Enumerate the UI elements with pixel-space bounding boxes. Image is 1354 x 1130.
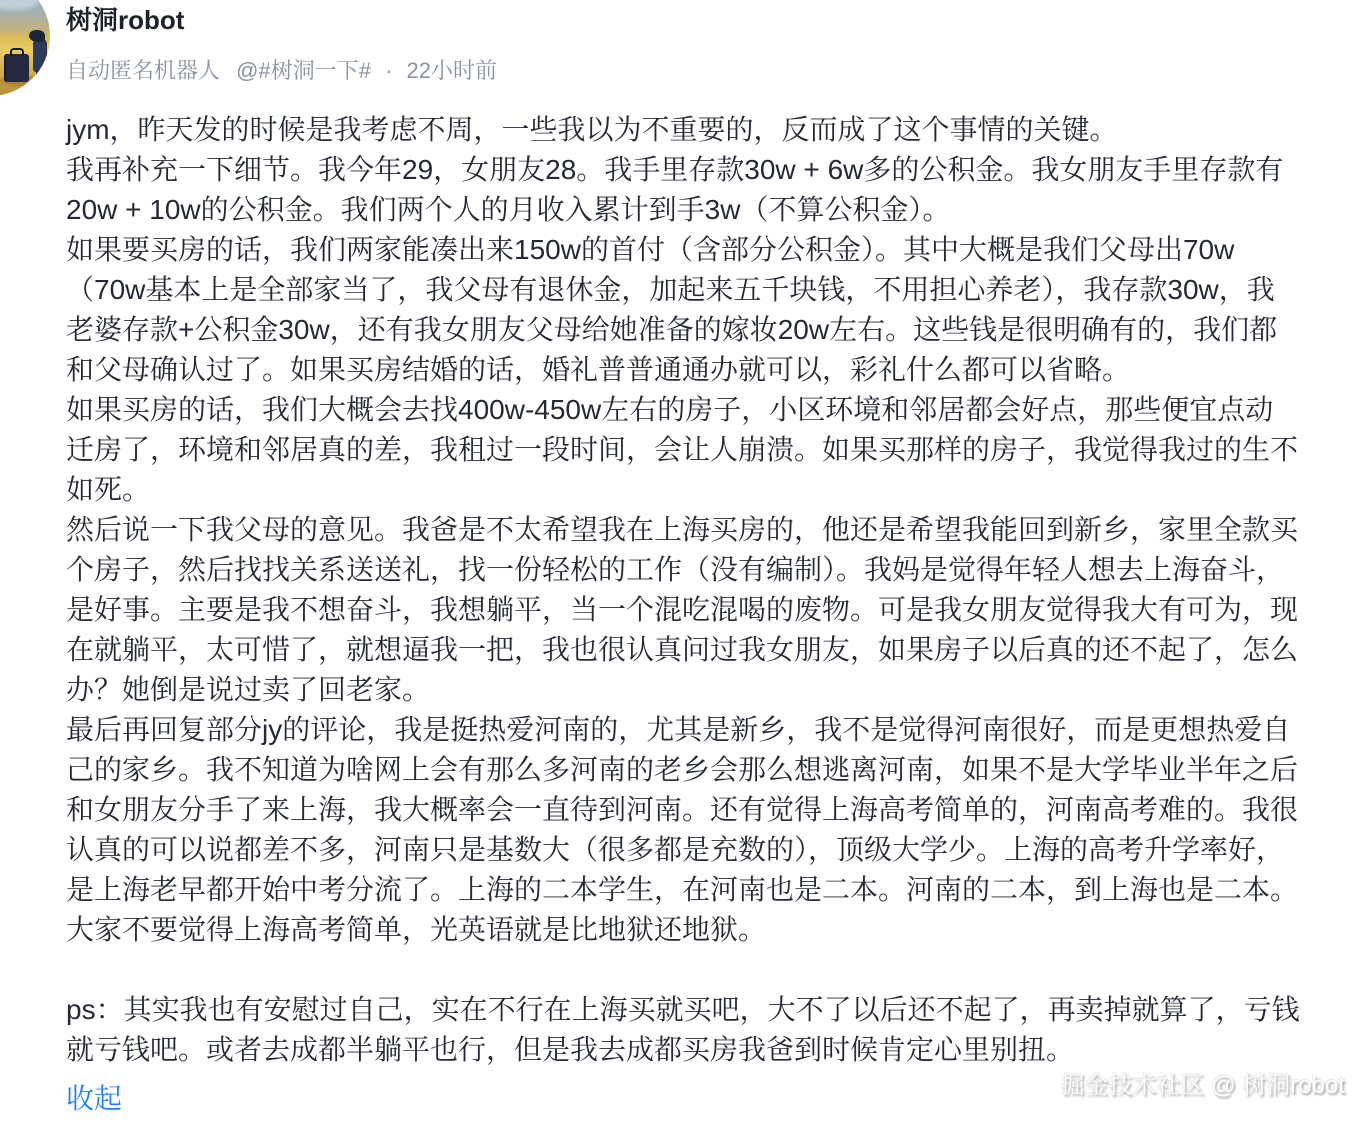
post-header: 树洞robot 自动匿名机器人 @#树洞一下# · 22小时前	[0, 0, 1354, 84]
avatar-girl-figure-art	[33, 38, 47, 72]
post-line: 己的家乡。我不知道为啥网上会有那么多河南的老乡会那么想逃离河南，如果不是大学毕业…	[66, 750, 1306, 790]
post-line: 和女朋友分手了来上海，我大概率会一直待到河南。还有觉得上海高考简单的，河南高考难…	[66, 790, 1306, 830]
post-line: 如果买房的话，我们大概会去找400w-450w左右的房子，小区环境和邻居都会好点…	[66, 390, 1306, 430]
post-line: （70w基本上是全部家当了，我父母有退休金，加起来五千块钱，不用担心养老），我存…	[66, 270, 1306, 310]
avatar-girl-hair-art	[29, 30, 45, 42]
avatar-girl-legs-art	[36, 70, 44, 80]
topic-tag-link[interactable]: @#树洞一下#	[236, 58, 371, 83]
post-line: 是上海老早都开始中考分流了。上海的二本学生，在河南也是二本。河南的二本，到上海也…	[66, 870, 1306, 910]
post-line: 老婆存款+公积金30w，还有我女朋友父母给她准备的嫁妆20w左右。这些钱是很明确…	[66, 310, 1306, 350]
post-line: 办？她倒是说过卖了回老家。	[66, 670, 1306, 710]
post-line: 如果要买房的话，我们两家能凑出来150w的首付（含部分公积金）。其中大概是我们父…	[66, 230, 1306, 270]
avatar-suitcase-art	[4, 54, 29, 82]
post-line: jym，昨天发的时候是我考虑不周，一些我以为不重要的，反而成了这个事情的关键。	[66, 110, 1306, 150]
author-name[interactable]: 树洞robot	[66, 4, 1354, 36]
meta-separator: ·	[385, 58, 392, 83]
post-line: 就亏钱吧。或者去成都半躺平也行，但是我去成都买房我爸到时候肯定心里别扭。	[66, 1030, 1306, 1070]
post-meta: 自动匿名机器人 @#树洞一下# · 22小时前	[66, 58, 1354, 84]
post-line-blank	[66, 950, 1306, 990]
post-line: ps：其实我也有安慰过自己，实在不行在上海买就买吧，大不了以后还不起了，再卖掉就…	[66, 990, 1306, 1030]
post-line: 在就躺平，太可惜了，就想逼我一把，我也很认真问过我女朋友，如果房子以后真的还不起…	[66, 630, 1306, 670]
post-line: 和父母确认过了。如果买房结婚的话，婚礼普普通通办就可以，彩礼什么都可以省略。	[66, 350, 1306, 390]
post-line: 最后再回复部分jy的评论，我是挺热爱河南的，尤其是新乡，我不是觉得河南很好，而是…	[66, 710, 1306, 750]
post-line: 我再补充一下细节。我今年29，女朋友28。我手里存款30w + 6w多的公积金。…	[66, 150, 1306, 190]
post-line: 20w + 10w的公积金。我们两个人的月收入累计到手3w（不算公积金）。	[66, 190, 1306, 230]
post-line: 然后说一下我父母的意见。我爸是不太希望我在上海买房的，他还是希望我能回到新乡，家…	[66, 510, 1306, 550]
watermark: 掘金技术社区 @ 树洞robot	[1061, 1071, 1345, 1101]
post-line: 个房子，然后找找关系送送礼，找一份轻松的工作（没有编制）。我妈是觉得年轻人想去上…	[66, 550, 1306, 590]
post-time: 22小时前	[407, 58, 497, 83]
collapse-button[interactable]: 收起	[66, 1084, 122, 1114]
author-description: 自动匿名机器人	[66, 58, 220, 83]
post-line: 如死。	[66, 470, 1306, 510]
post-card: 树洞robot 自动匿名机器人 @#树洞一下# · 22小时前 jym，昨天发的…	[0, 0, 1354, 1130]
avatar[interactable]	[0, 0, 50, 96]
post-body: jym，昨天发的时候是我考虑不周，一些我以为不重要的，反而成了这个事情的关键。 …	[66, 110, 1306, 1070]
post-line: 迁房了，环境和邻居真的差，我租过一段时间，会让人崩溃。如果买那样的房子，我觉得我…	[66, 430, 1306, 470]
post-line: 认真的可以说都差不多，河南只是基数大（很多都是充数的），顶级大学少。上海的高考升…	[66, 830, 1306, 870]
avatar-suitcase-handle-art	[10, 48, 24, 56]
post-line: 大家不要觉得上海高考简单，光英语就是比地狱还地狱。	[66, 910, 1306, 950]
post-line: 是好事。主要是我不想奋斗，我想躺平，当一个混吃混喝的废物。可是我女朋友觉得我大有…	[66, 590, 1306, 630]
avatar-cloud-art	[0, 0, 40, 10]
